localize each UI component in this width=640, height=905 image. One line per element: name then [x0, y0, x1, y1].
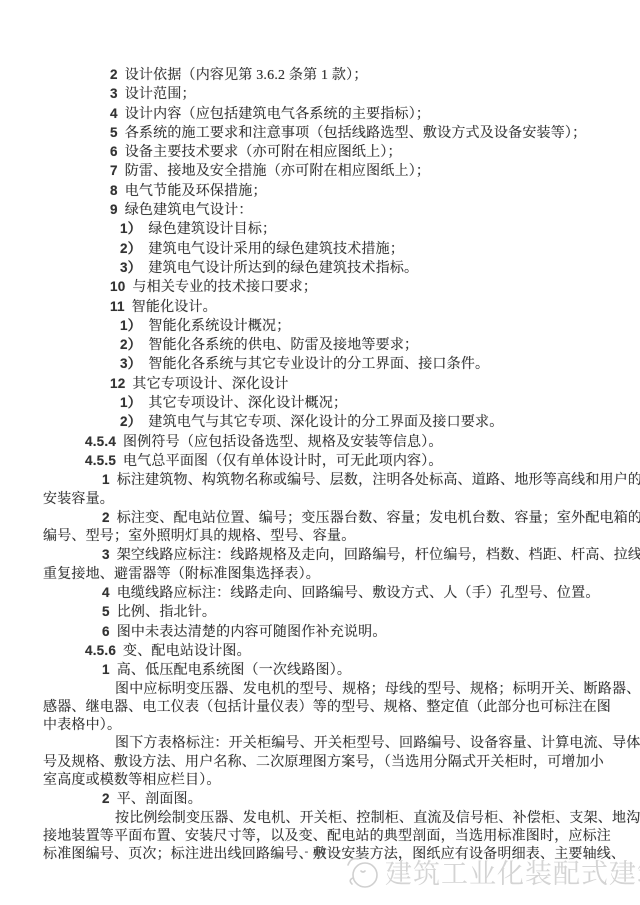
item-number: 3）	[120, 260, 141, 275]
line-text: 电缆线路应标注：线路走向、回路编号、敷设方式、人（手）孔型号、位置。	[117, 586, 600, 601]
item-number: 3	[102, 547, 110, 562]
line-text: 重复接地、避雷器等（附标准图集选择表）。	[43, 567, 320, 582]
line-text: 各系统的施工要求和注意事项（包括线路选型、敷设方式及设备安装等）；	[125, 126, 587, 141]
text-line: 2）建筑电气设计采用的绿色建筑技术措施；	[43, 240, 591, 259]
text-line: 10与相关专业的技术接口要求；	[43, 278, 591, 297]
line-text: 设计范围；	[125, 87, 196, 102]
line-text: 建筑电气设计采用的绿色建筑技术措施；	[148, 242, 404, 257]
line-text: 接地装置等平面布置、安装尺寸等，以及变、配电站的典型剖面，当选用标准图时，应标注	[43, 829, 611, 844]
item-number: 2	[102, 791, 110, 806]
item-number: 1	[102, 472, 110, 487]
text-line: 4设计内容（应包括建筑电气各系统的主要指标）；	[43, 105, 591, 124]
item-number: 12	[110, 376, 125, 391]
item-number: 5	[110, 125, 118, 140]
document-body: 2设计依据（内容见第 3.6.2 条第 1 款）；3设计范围；4设计内容（应包括…	[43, 66, 591, 864]
text-line: 安装容量。	[43, 491, 591, 509]
text-line: 中表格中）。	[43, 717, 591, 735]
text-line: 4.5.5电气总平面图（仅有单体设计时，可无此项内容）。	[43, 452, 591, 471]
text-line: 3）建筑电气设计所达到的绿色建筑技术指标。	[43, 259, 591, 278]
item-number: 11	[110, 299, 125, 314]
item-number: 4	[102, 585, 110, 600]
line-text: 比例、指北针。	[117, 605, 216, 620]
line-text: 号及规格、敷设方法、用户名称、二次原理图方案号，（当选用分隔式开关柜时，可增加小	[43, 755, 604, 770]
line-text: 高、低压配电系统图（一次线路图）。	[117, 663, 351, 678]
text-line: 接地装置等平面布置、安装尺寸等，以及变、配电站的典型剖面，当选用标准图时，应标注	[43, 828, 591, 846]
line-text: 感器、继电器、电工仪表（包括计量仪表）等的型号、规格、整定值（此部分也可标注在图	[43, 700, 611, 715]
item-number: 2	[102, 510, 110, 525]
text-line: 3架空线路应标注：线路规格及走向，回路编号，杆位编号，档数、档距、杆高、拉线、	[43, 546, 591, 565]
text-line: 6图中未表达清楚的内容可随图作补充说明。	[43, 623, 591, 642]
line-text: 变、配电站设计图。	[123, 644, 251, 659]
line-text: 与相关专业的技术接口要求；	[132, 280, 317, 295]
text-line: 5比例、指北针。	[43, 603, 591, 622]
line-text: 电气节能及环保措施；	[125, 184, 267, 199]
text-line: 图下方表格标注：开关柜编号、开关柜型号、回路编号、设备容量、计算电流、导体型	[43, 735, 591, 753]
line-text: 其它专项设计、深化设计概况；	[148, 396, 347, 411]
text-line: 2标注变、配电站位置、编号；变压器台数、容量；发电机台数、容量；室外配电箱的	[43, 509, 591, 528]
text-line: 重复接地、避雷器等（附标准图集选择表）。	[43, 566, 591, 584]
text-line: 编号、型号；室外照明灯具的规格、型号、容量。	[43, 528, 591, 546]
text-line: 1）绿色建筑设计目标；	[43, 220, 591, 239]
line-text: 智能化各系统的供电、防雷及接地等要求；	[148, 338, 418, 353]
item-number: 2	[110, 67, 118, 82]
text-line: 6设备主要技术要求（亦可附在相应图纸上）；	[43, 143, 591, 162]
item-number: 1）	[120, 221, 141, 236]
item-number: 10	[110, 279, 125, 294]
item-number: 4.5.5	[85, 453, 116, 468]
line-text: 设计依据（内容见第 3.6.2 条第 1 款）；	[125, 68, 368, 83]
text-line: 8电气节能及环保措施；	[43, 182, 591, 201]
line-text: 智能化各系统与其它专业设计的分工界面、接口条件。	[148, 357, 489, 372]
text-line: 1高、低压配电系统图（一次线路图）。	[43, 661, 591, 680]
text-line: 4.5.4图例符号（应包括设备选型、规格及安装等信息）。	[43, 433, 591, 452]
line-text: 图下方表格标注：开关柜编号、开关柜型号、回路编号、设备容量、计算电流、导体型	[115, 736, 640, 751]
item-number: 3	[110, 86, 118, 101]
document-page: 2设计依据（内容见第 3.6.2 条第 1 款）；3设计范围；4设计内容（应包括…	[0, 0, 640, 905]
line-text: 绿色建筑设计目标；	[148, 222, 276, 237]
page-number: - 44 -	[0, 846, 640, 858]
line-text: 标注变、配电站位置、编号；变压器台数、容量；发电机台数、容量；室外配电箱的	[117, 511, 640, 526]
line-text: 防雷、接地及安全措施（亦可附在相应图纸上）；	[125, 164, 430, 179]
text-line: 7防雷、接地及安全措施（亦可附在相应图纸上）；	[43, 162, 591, 181]
line-text: 智能化设计。	[132, 300, 217, 315]
item-number: 6	[110, 144, 118, 159]
text-line: 号及规格、敷设方法、用户名称、二次原理图方案号，（当选用分隔式开关柜时，可增加小	[43, 754, 591, 772]
line-text: 电气总平面图（仅有单体设计时，可无此项内容）。	[123, 454, 443, 469]
line-text: 其它专项设计、深化设计	[132, 377, 288, 392]
line-text: 按比例绘制变压器、发电机、开关柜、控制柜、直流及信号柜、补偿柜、支架、地沟、	[115, 811, 640, 826]
text-line: 图中应标明变压器、发电机的型号、规格；母线的型号、规格；标明开关、断路器、互	[43, 681, 591, 699]
text-line: 3）智能化各系统与其它专业设计的分工界面、接口条件。	[43, 355, 591, 374]
line-text: 智能化系统设计概况；	[148, 319, 290, 334]
line-text: 图中未表达清楚的内容可随图作补充说明。	[117, 625, 387, 640]
text-line: 2）建筑电气与其它专项、深化设计的分工界面及接口要求。	[43, 413, 591, 432]
item-number: 7	[110, 163, 118, 178]
line-text: 建筑电气与其它专项、深化设计的分工界面及接口要求。	[148, 415, 503, 430]
item-number: 1）	[120, 395, 141, 410]
text-line: 9绿色建筑电气设计：	[43, 201, 591, 220]
line-text: 编号、型号；室外照明灯具的规格、型号、容量。	[43, 529, 355, 544]
text-line: 4.5.6变、配电站设计图。	[43, 642, 591, 661]
line-text: 绿色建筑电气设计：	[125, 203, 253, 218]
item-number: 4.5.6	[85, 643, 116, 658]
line-text: 室高度或模数等相应栏目）。	[43, 773, 221, 788]
item-number: 1）	[120, 318, 141, 333]
item-number: 9	[110, 202, 118, 217]
text-line: 1）其它专项设计、深化设计概况；	[43, 394, 591, 413]
text-line: 感器、继电器、电工仪表（包括计量仪表）等的型号、规格、整定值（此部分也可标注在图	[43, 699, 591, 717]
text-line: 1）智能化系统设计概况；	[43, 317, 591, 336]
text-line: 1标注建筑物、构筑物名称或编号、层数，注明各处标高、道路、地形等高线和用户的	[43, 471, 591, 490]
text-line: 3设计范围；	[43, 85, 591, 104]
item-number: 2）	[120, 414, 141, 429]
item-number: 1	[102, 662, 110, 677]
line-text: 设备主要技术要求（亦可附在相应图纸上）；	[125, 145, 402, 160]
item-number: 5	[102, 604, 110, 619]
line-text: 架空线路应标注：线路规格及走向，回路编号，杆位编号，档数、档距、杆高、拉线、	[117, 548, 640, 563]
item-number: 4.5.4	[85, 434, 116, 449]
text-line: 2）智能化各系统的供电、防雷及接地等要求；	[43, 336, 591, 355]
line-text: 平、剖面图。	[117, 792, 202, 807]
line-text: 中表格中）。	[43, 718, 121, 733]
line-text: 图中应标明变压器、发电机的型号、规格；母线的型号、规格；标明开关、断路器、互	[115, 682, 640, 697]
line-text: 设计内容（应包括建筑电气各系统的主要指标）；	[125, 107, 430, 122]
text-line: 4电缆线路应标注：线路走向、回路编号、敷设方式、人（手）孔型号、位置。	[43, 584, 591, 603]
text-line: 2设计依据（内容见第 3.6.2 条第 1 款）；	[43, 66, 591, 85]
item-number: 6	[102, 624, 110, 639]
line-text: 图例符号（应包括设备选型、规格及安装等信息）。	[123, 435, 443, 450]
text-line: 5各系统的施工要求和注意事项（包括线路选型、敷设方式及设备安装等）；	[43, 124, 591, 143]
item-number: 3）	[120, 356, 141, 371]
item-number: 4	[110, 106, 118, 121]
item-number: 2）	[120, 241, 141, 256]
line-text: 标注建筑物、构筑物名称或编号、层数，注明各处标高、道路、地形等高线和用户的	[117, 473, 640, 488]
item-number: 8	[110, 183, 118, 198]
text-line: 室高度或模数等相应栏目）。	[43, 772, 591, 790]
text-line: 12其它专项设计、深化设计	[43, 375, 591, 394]
text-line: 2平、剖面图。	[43, 790, 591, 809]
line-text: 安装容量。	[43, 492, 114, 507]
text-line: 按比例绘制变压器、发电机、开关柜、控制柜、直流及信号柜、补偿柜、支架、地沟、	[43, 810, 591, 828]
item-number: 2）	[120, 337, 141, 352]
line-text: 建筑电气设计所达到的绿色建筑技术指标。	[148, 261, 418, 276]
text-line: 11智能化设计。	[43, 298, 591, 317]
